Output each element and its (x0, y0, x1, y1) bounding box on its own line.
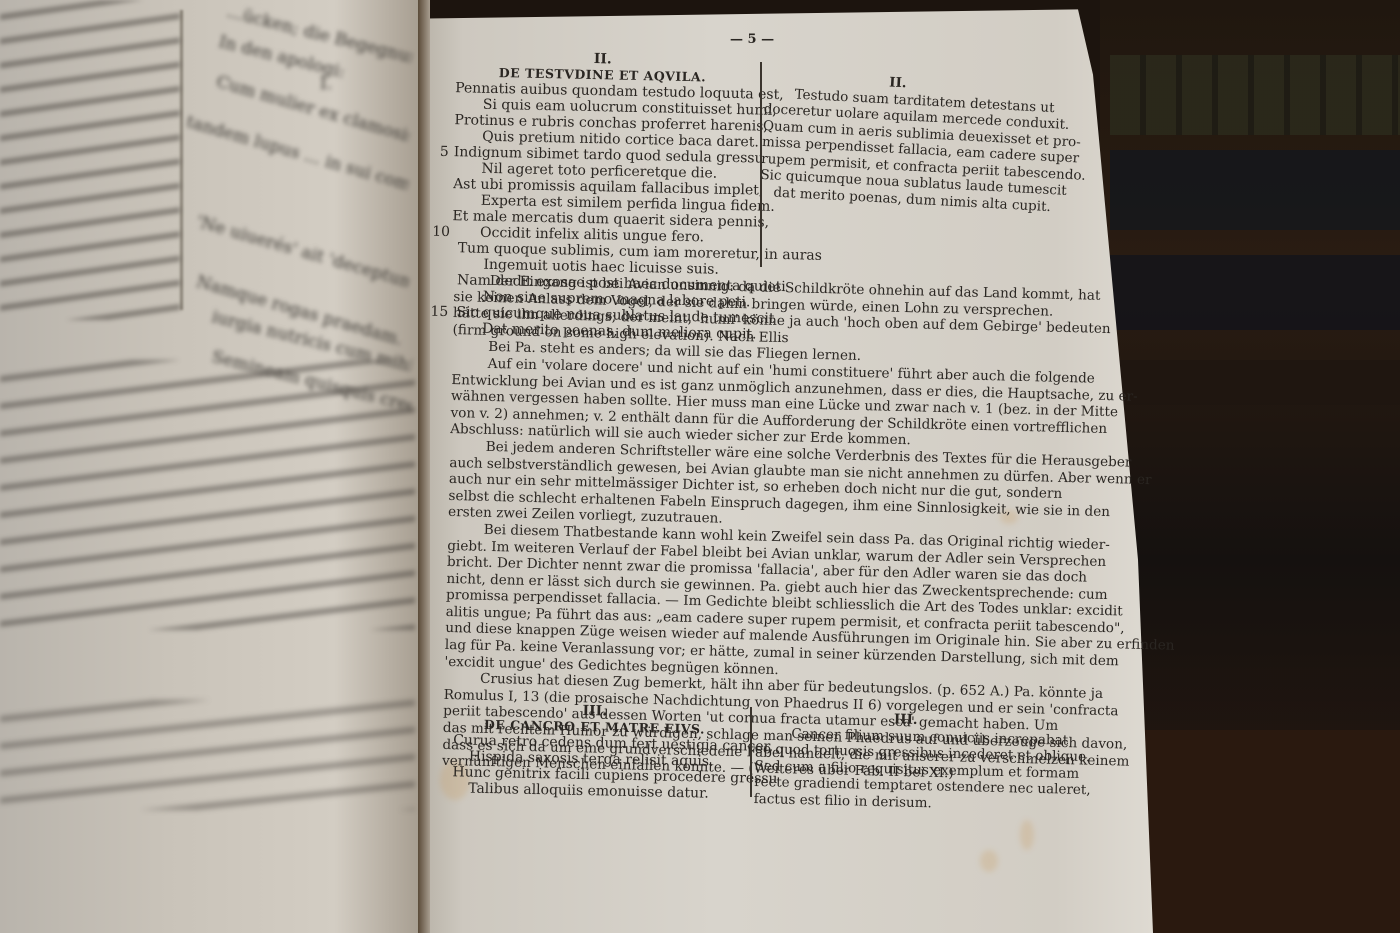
left-page: ...ücken; die Begegnung ... wird zum Erw… (0, 0, 418, 933)
fable-2-prose: II. Testudo suam tarditatem detestans ut… (759, 68, 1031, 214)
blurred-text-block (0, 360, 415, 630)
shelf-books-row (1110, 150, 1400, 230)
fable-3-verse: III. DE CANCRO ET MATRE EIVS. Curua retr… (438, 700, 750, 802)
book-gutter (418, 0, 430, 933)
blurred-text-block (0, 0, 180, 320)
shelf-books-row (1110, 360, 1400, 405)
column-divider (750, 707, 752, 797)
commentary-paragraph: Bei jedem anderen Schriftsteller wäre ei… (448, 438, 1040, 535)
commentary-paragraph: Auf ein 'volare docere' und nicht auf ei… (450, 355, 1042, 452)
shelf-books-row (1110, 55, 1400, 135)
foxing-stain (1020, 820, 1034, 850)
left-page-section-number: I. (320, 72, 332, 96)
page-number: — 5 — (730, 32, 774, 47)
fable-3-prose: III. Cancer filium suum conuiciis increp… (754, 708, 1056, 814)
blurred-text-block (0, 700, 415, 810)
column-divider (180, 10, 183, 310)
commentary-paragraph: Bei diesem Thatbestande kann wohl kein Z… (444, 521, 1037, 685)
foxing-stain (980, 850, 998, 872)
shelf-books-row (1110, 255, 1400, 330)
